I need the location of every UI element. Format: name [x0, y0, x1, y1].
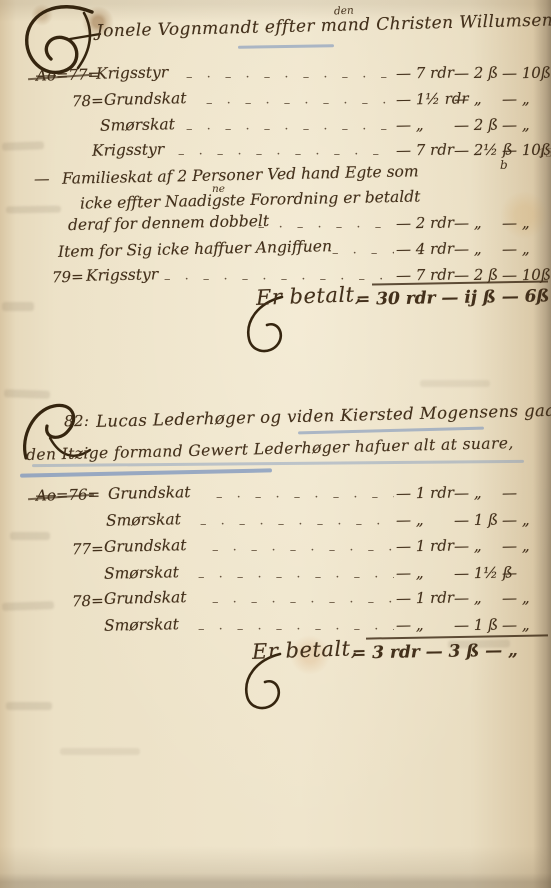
amount-sk: — „	[454, 240, 482, 258]
bleedthrough-mark	[2, 141, 44, 150]
amount-extra: — „	[502, 511, 530, 529]
amount-sk: — „	[454, 484, 482, 502]
amount-extra: — „	[502, 616, 530, 634]
note-line: icke effter Naadigste Forordning er beta…	[80, 187, 421, 212]
tax-entry-label: Krigsstyr	[86, 265, 159, 285]
bleedthrough-mark	[2, 601, 54, 611]
year: 78=	[72, 92, 104, 111]
amount-rdr: — 1 rdr	[396, 588, 454, 607]
dotted-leader: – · – · – · – · – · – · – · – · – · – · …	[200, 517, 394, 532]
amount-extra: —	[502, 484, 517, 502]
dotted-leader: – · – · – · – · – · – · – · – · – · – · …	[258, 220, 394, 235]
amount-sk: — 2 ß	[454, 116, 498, 135]
tax-entry-label: Grundskat	[108, 483, 191, 503]
blue-pencil-underline	[20, 468, 272, 477]
amount-sk: — 1 ß	[454, 616, 498, 635]
bleedthrough-mark	[2, 302, 34, 311]
sum-label: Er betalt,	[256, 282, 362, 310]
bleedthrough-mark	[10, 532, 50, 540]
dotted-leader: – · – · – · – · – · – · – · – · – · – · …	[198, 570, 394, 585]
dotted-leader: – · – · – · – · – · – · – · – · – · – · …	[212, 595, 394, 610]
dotted-leader: – · – · – · – · – · – · – · – · – · – · …	[206, 96, 394, 111]
year: 78=	[72, 592, 104, 611]
sum-label: Er betalt,	[252, 636, 358, 664]
tax-entry-label: Smørskat	[104, 615, 179, 635]
year: 77=	[72, 540, 104, 559]
dotted-leader: – · – · – · – · – · – · – · – · – · – · …	[198, 622, 394, 637]
amount-sk: — „	[454, 537, 482, 555]
tax-entry-label: Grundskat	[104, 89, 187, 109]
sum-amount: = 3 rdr — 3 ß — „	[352, 641, 518, 664]
amount-extra: — „	[502, 90, 530, 108]
amount-extra: — 10ß	[502, 64, 551, 83]
blue-pencil-underline	[238, 44, 334, 49]
amount-rdr: — 1 rdr	[396, 536, 454, 555]
amount-sk: — „	[454, 90, 482, 108]
year: 79=	[52, 268, 84, 287]
amount-sk: — 1 ß	[454, 511, 498, 530]
note-line: Familieskat af 2 Personer Ved hand Egte …	[62, 162, 419, 187]
bleedthrough-mark	[60, 748, 140, 755]
bleedthrough-mark	[6, 206, 61, 214]
amount-sk: — 2 ß	[454, 64, 498, 83]
tax-entry-label: Grundskat	[104, 536, 187, 556]
amount-extra: — „	[502, 589, 530, 607]
amount-extra: — „	[502, 537, 530, 555]
note-line: deraf for dennem dobbelt	[68, 212, 269, 234]
dotted-leader: – · – · – · – · – · – · – · – · – · – · …	[212, 543, 394, 558]
amount-extra: — „	[502, 240, 530, 258]
tax-entry-label: Grundskat	[104, 588, 187, 608]
tax-entry-label: Item for Sig icke haffuer Angiffuen	[58, 237, 332, 261]
amount-rdr: — „	[396, 116, 424, 134]
amount-rdr: — 7 rdr	[396, 63, 454, 82]
amount-extra: — 10ß	[502, 141, 551, 160]
note-dash: —	[34, 170, 50, 188]
section2-number: 82:	[64, 412, 90, 431]
manuscript-page: 13 Jonele Vognmandt effter mand Christen…	[0, 0, 551, 888]
section1-header-superscript: den	[334, 4, 354, 17]
note-superscript: ne	[212, 183, 225, 195]
dotted-leader: – · – · – · – · – · – · – · – · – · – · …	[186, 122, 394, 137]
dotted-leader: – · – · – · – · – · – · – · – · – · – · …	[332, 246, 394, 261]
sum-amount: = 30 rdr — ij ß — 6ß	[356, 286, 550, 309]
tax-entry-label: Smørskat	[104, 563, 179, 583]
tax-entry-label: Krigsstyr	[92, 140, 165, 160]
year-prefix-struck: Ao	[36, 486, 56, 504]
amount-rdr: — „	[396, 511, 424, 529]
section1-header: Jonele Vognmandt effter mand Christen Wi…	[96, 10, 551, 41]
tax-entry-label: Smørskat	[100, 115, 175, 135]
amount-rdr: — 1 rdr	[396, 483, 454, 502]
section2-header-line2: den Itzige formand Gewert Lederhøger haf…	[26, 434, 514, 464]
amount-extra: — „	[502, 116, 530, 134]
dotted-leader: – · – · – · – · – · – · – · – · – · – · …	[186, 70, 394, 85]
amount-sk: — „	[454, 214, 482, 232]
dotted-leader: – · – · – · – · – · – · – · – · – · – · …	[178, 147, 394, 162]
amount-extra: —	[502, 564, 517, 582]
bleedthrough-mark	[6, 702, 52, 710]
amount-rdr: — „	[396, 564, 424, 582]
amount-rdr: — 4 rdr	[396, 239, 454, 258]
blue-pencil-underline	[298, 427, 484, 435]
dotted-leader: – · – · – · – · – · – · – · – · – · – · …	[216, 490, 394, 505]
amount-rdr: — 7 rdr	[396, 140, 454, 159]
amount-sk: — „	[454, 589, 482, 607]
amount-rdr: — 2 rdr	[396, 213, 454, 232]
tax-entry-label: Krigsstyr	[96, 63, 169, 83]
bleedthrough-mark	[420, 380, 490, 387]
amount-extra: — „	[502, 214, 530, 232]
amount-rdr: — „	[396, 616, 424, 634]
amount-sub-mark: b	[500, 158, 508, 172]
tax-entry-label: Smørskat	[106, 510, 181, 530]
